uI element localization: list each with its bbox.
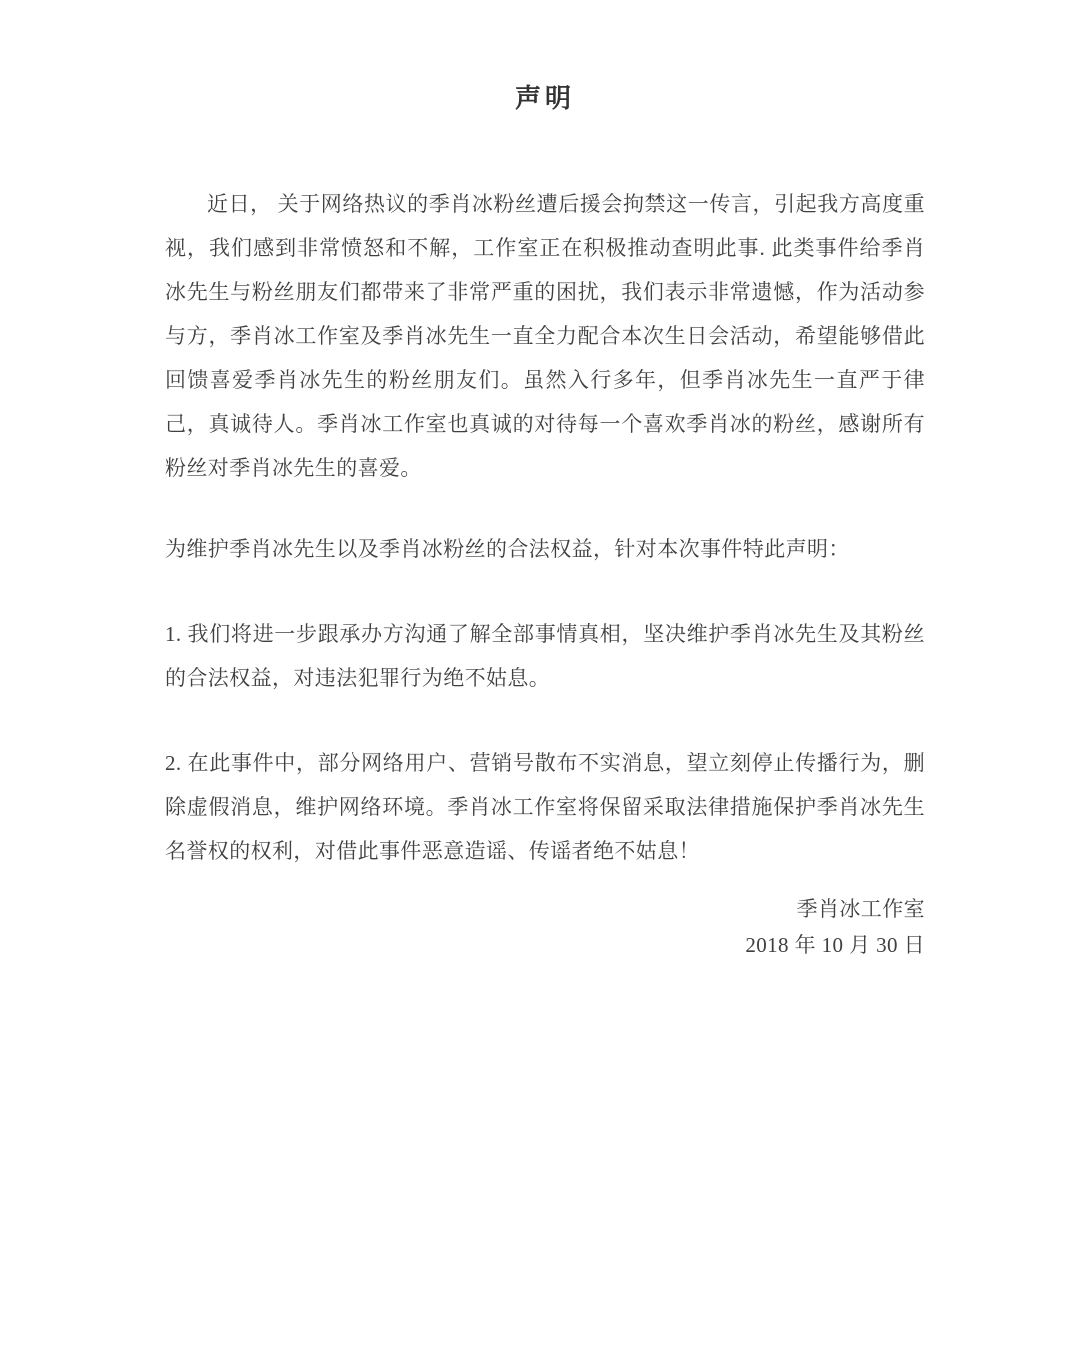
statement-document-page: 声明 近日， 关于网络热议的季肖冰粉丝遭后援会拘禁这一传言，引起我方高度重视，我… [0,0,1080,1345]
statement-point-1: 1. 我们将进一步跟承办方沟通了解全部事情真相，坚决维护季肖冰先生及其粉丝的合法… [165,612,925,700]
signature-name: 季肖冰工作室 [165,891,925,927]
signature-block: 季肖冰工作室 2018 年 10 月 30 日 [165,891,925,963]
signature-date: 2018 年 10 月 30 日 [165,927,925,963]
intro-paragraph: 近日， 关于网络热议的季肖冰粉丝遭后援会拘禁这一传言，引起我方高度重视，我们感到… [165,182,925,490]
statement-point-2: 2. 在此事件中，部分网络用户、营销号散布不实消息，望立刻停止传播行为，删除虚假… [165,741,925,873]
document-content: 声明 近日， 关于网络热议的季肖冰粉丝遭后援会拘禁这一传言，引起我方高度重视，我… [165,82,925,963]
document-title: 声明 [165,82,925,116]
declaration-lead: 为维护季肖冰先生以及季肖冰粉丝的合法权益，针对本次事件特此声明： [165,527,925,571]
